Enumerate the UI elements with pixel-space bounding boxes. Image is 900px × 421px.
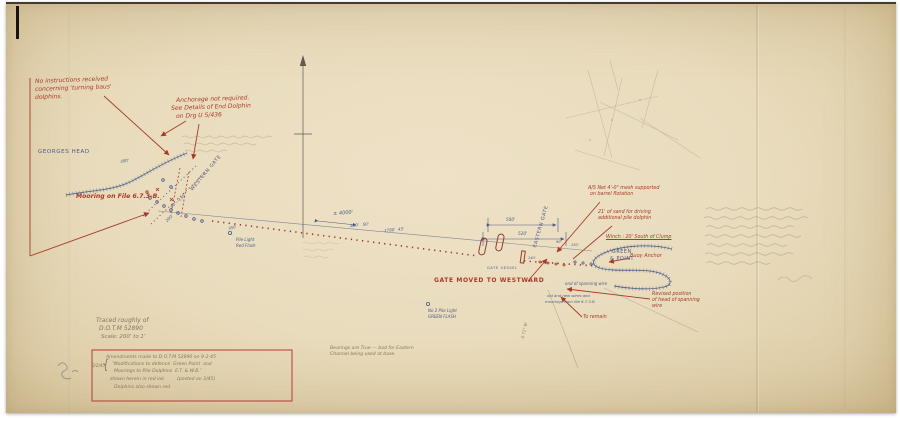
note-traced-2: D.O.T.M 52890: [99, 326, 143, 333]
note-sand-line2: additional pile dolphin: [598, 216, 651, 222]
amendments-line1: Amendments made to D.O.T.M 52890 on 9-2-…: [106, 355, 216, 360]
dim-90b: 90': [556, 240, 561, 244]
note-sand-line1: 21' of sand for driving: [598, 210, 651, 216]
note-asnet-line1: A/S Net 4'-0" mesh supported: [588, 186, 659, 192]
label-eastern-gate: EASTERN GATE: [533, 205, 550, 248]
note-revised-2: of head of spanning: [652, 298, 700, 304]
note-traced-3: Scale: 200' to 1″: [101, 334, 146, 340]
dim-1780-45: 1780' 45': [384, 227, 404, 233]
note-winch: Winch : 20' South of Clump: [606, 235, 671, 241]
note-bearings-1: Bearings are True — bad for Eastern: [330, 346, 414, 351]
label-pile-light-red-2: Red Flash: [236, 244, 256, 249]
dim-300: 300': [120, 158, 129, 164]
labels-layer: No instructions receivedconcerning 'turn…: [0, 0, 900, 421]
dim-250-50: 250' 50': [350, 222, 369, 228]
label-pile-light-green-2: GREEN FLASH: [428, 315, 456, 320]
note-bearings-2: Channel being used at base.: [330, 352, 396, 357]
note-no-instructions-line3: dolphins.: [35, 94, 62, 102]
label-end-spanning: end of spanning wire: [565, 282, 607, 287]
amendments-line3: Moorings to Pile Dolphins E.T. & W.B.″: [114, 369, 202, 374]
amendments-brace: {: [103, 358, 109, 374]
label-pile-light-green-1: No 2 Pile Light: [428, 309, 457, 314]
bearing-s71w: S 71° W: [521, 322, 529, 339]
label-western-gate: WESTERN GATE: [190, 155, 223, 193]
amendments-line2: ″Modifications to defence Green Point an…: [112, 362, 212, 367]
dim-500: 500': [506, 218, 515, 223]
label-green-point-1: GREEN: [612, 250, 632, 256]
dim-150: 150': [571, 243, 579, 247]
note-traced-1: Traced roughly of: [96, 318, 149, 325]
note-anchorage-line3: on Drg U 5/436: [176, 112, 222, 120]
dim-140: 140': [528, 256, 536, 260]
dim-520: 520': [518, 232, 527, 237]
note-buoy-anchor: Buoy Anchor: [630, 254, 662, 260]
label-wires-2: moorings from file 6.7.3-B: [545, 300, 595, 304]
note-mooring-file: Mooring on File 6.7.3-B.: [76, 193, 160, 200]
note-gate-moved: GATE MOVED TO WESTWARD: [434, 278, 544, 285]
dim-4000: ± 4000': [333, 211, 353, 218]
label-pile-light-red-1: Pile Light: [236, 238, 254, 243]
amendments-line4: shown herein in red ink. (posted on 3/45…: [110, 377, 215, 382]
dim-200: 200': [165, 214, 175, 223]
note-revised-1: Revised position: [652, 292, 691, 298]
note-revised-3: wire: [652, 304, 662, 310]
note-to-remain: To remain: [583, 315, 607, 321]
note-asnet-line2: on barrel flotation: [590, 192, 633, 198]
dim-90-130: 90'—130': [170, 193, 187, 209]
note-no-instructions-line2: concerning 'turning baus': [35, 84, 112, 94]
dim-350: 350': [228, 225, 237, 231]
amendments-line5: Dolphins also shown red: [114, 385, 170, 390]
label-georges-head: GEORGES HEAD: [38, 149, 90, 155]
drawing-sheet: No instructions receivedconcerning 'turn…: [0, 0, 900, 421]
label-gate-vessel: GATE VESSEL: [487, 266, 518, 270]
label-wires-1: old and new wires and: [547, 294, 590, 298]
